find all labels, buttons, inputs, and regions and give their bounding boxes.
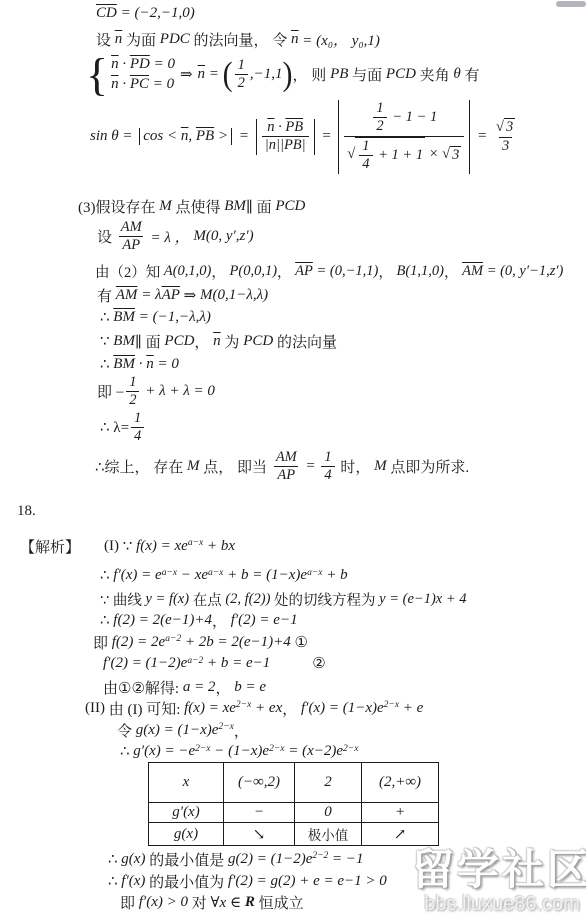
text-fragment: ， 则 [293,64,331,85]
analysis-label: 【解析】 [20,536,80,557]
math-fragment: g′(x) = −e [133,743,195,760]
fraction-one-quarter: 14 [131,410,144,446]
line-tangent: ∵ 曲线 y = f(x) 在点 (2, f(2)) 处的切线方程为 y = (… [100,589,467,610]
math-fragment: g(x) = (1−x)e [136,722,219,739]
math-fragment: g(2) = (1−2)e [228,851,312,868]
exponent: 2−x [218,720,233,735]
table-cell: g(x) [149,823,224,846]
math-fragment: = −1 [328,851,363,868]
because-symbol: ∵ [119,537,136,556]
decreasing-arrow-icon: ↘ [224,823,295,846]
vector-pb: PB [284,137,302,154]
line-part2-intro: (II) 由 (I) 可知: f(x) = xe2−x + ex， f′(x) … [85,698,423,719]
denominator: 2 [235,74,248,92]
vector-pc: PC [130,76,149,93]
fraction-am-ap: AMAP [118,219,145,255]
math-fragment: + b [322,567,347,584]
math-fragment: PCD [275,198,305,215]
watermark-site: bbs.liuxue86.com [412,893,586,914]
text-fragment: 由①②解得: [103,677,183,698]
math-fragment: + ex [251,700,282,717]
math-fragment: − (1−x)e [211,743,270,760]
text-fragment: 点即为所求. [387,456,470,477]
line-always-positive: 即 f′(x) > 0 对 ∀x ∈ R 恒成立 [120,892,304,913]
text-fragment: 令 [117,720,136,741]
text-fragment: (3)假设存在 [78,196,159,217]
scan-artifact [556,1,586,7]
exponent: 2−x [384,698,399,713]
circled-one: ① [295,633,308,652]
exponent: a−2 [165,632,181,647]
math-fragment: = [318,128,336,145]
exponent: 2−x [236,698,251,713]
math-fragment: cos < [143,128,181,145]
math-fragment: f(x) = xe [136,538,188,555]
math-fragment: f′(2) = e−1 [231,612,298,629]
table-cell: (2,+∞) [362,763,439,803]
math-fragment: = (x−2)e [284,743,343,760]
line-fprime-minimum: ∴ f′(x) 的最小值为 f′(2) = g(2) + e = e−1 > 0 [108,871,387,892]
math-fragment: f′(2) = g(2) + e = e−1 > 0 [228,873,387,890]
exponent: a−x [162,566,177,581]
line-lambda-setup: 设 AMAP = λ ， M(0, y′,z′) [97,219,254,255]
numerator: AM [118,219,145,236]
line-lambda-value: ∴ λ= 14 [100,410,146,446]
exponent: a−x [188,536,203,551]
numerator: 1 [321,449,334,466]
therefore-symbol: ∴ [100,355,113,374]
dot-operator: · [119,56,130,73]
math-fragment: = [235,128,253,145]
line-bm-parallel: ∵ BM∥ 面 PCD， n 为 PCD 的法向量 [100,331,337,352]
vector-pb: PB [196,128,214,145]
document-page: CD = (−2,−1,0) 设 n 为面 PDC 的法向量， 令 n = (x… [0,0,586,914]
abs-group: n · PB |n||PB| [253,119,318,155]
numerator: 1 [373,100,386,117]
text-fragment: 点， 即当 [200,456,271,477]
part3-header: (3)假设存在 M 点使得 BM∥ 面 PCD [78,196,305,217]
math-fragment: + e [399,700,423,717]
text-fragment: 在点 [189,589,225,610]
text-fragment: 即 − [97,381,124,402]
denominator: √ 14 + 1 + 1 × √3 [344,136,464,174]
exponent: 2−x [269,742,284,757]
vector-pb: PB [285,119,303,136]
math-fragment: PDC [160,31,190,48]
roman-numeral-2: (II) [85,700,105,717]
fraction-one-quarter: 14 [321,449,334,485]
vector-n: n [267,119,274,136]
text-fragment: 对 [188,892,211,913]
math-fragment: a = 2 [183,679,216,696]
text-fragment: 由（2）知 [95,261,164,282]
table-cell: 0 [295,803,362,823]
fraction-one-quarter: 14 [359,138,372,174]
table-row: g′(x) − 0 + [149,803,439,823]
math-fragment: M(0,1−λ,λ) [200,287,268,304]
exponent: 2−x [343,742,358,757]
line-known-points: 由（2）知 A(0,1,0)， P(0,0,1)， AP = (0,−1,1)，… [95,261,563,282]
math-fragment: B(1,1,0) [396,263,444,280]
numerator: 12 − 1 − 1 [368,100,440,136]
numerator: 1 [235,57,248,74]
denominator: 2 [373,117,386,135]
roman-numeral-1: (I) [104,538,119,555]
exponent: a−x [208,566,223,581]
separator: ， [194,331,213,352]
math-fragment: ∀x ∈ [211,893,245,912]
implies-arrow: ⇒ [180,286,200,305]
exponent: 2−x [195,742,210,757]
numerator: 1 [131,410,144,427]
line-conclusion: ∴综上， 存在 M 点， 即当 AMAP = 14 时， M 点即为所求. [95,449,469,485]
numerator: 1 [126,374,139,391]
table-row: g(x) ↘ 极小值 ↗ [149,823,439,846]
line-am-lambda-ap: 有 AM = λAP ⇒ M(0,1−λ,λ) [97,285,268,306]
text-fragment: 点使得 [172,196,225,217]
dot-operator: · [275,119,286,136]
watermark: 留学社区 bbs.liuxue86.com [412,837,586,914]
math-fragment: = λ [137,287,161,304]
increasing-arrow-icon: ↗ [362,823,439,846]
denominator: 4 [321,466,334,484]
line-solve-ab: 由①②解得: a = 2， b = e [103,677,266,698]
line-lambda-equation: 即 − 12 + λ + λ = 0 [97,374,215,410]
fraction-dot-product: n · PB |n||PB| [262,119,309,155]
radicand: 14 + 1 + 1 [355,137,425,174]
left-brace: { [86,54,108,95]
text-fragment: 的法向量 [273,331,337,352]
vector-am: AM [116,287,138,304]
radicand: 3 [504,118,515,136]
math-fragment: b = e [234,679,266,696]
denominator: 2 [126,391,139,409]
table-header-row: x (−∞,2) 2 (2,+∞) [149,763,439,803]
text-fragment: 设 [97,226,116,247]
math-fragment: M [187,458,200,475]
separator: ， [277,261,295,282]
math-fragment: PCD [164,333,194,350]
math-fragment: + b = e−1 [203,655,270,672]
math-fragment: PB [330,66,348,83]
table-cell: − [224,803,295,823]
math-fragment: P(0,0,1) [230,263,278,280]
math-fragment: f′(x) = e [113,567,161,584]
math-fragment: θ [453,66,460,83]
math-fragment: A(0,1,0) [164,263,212,280]
line-derivative: ∴ f′(x) = ea−x − xea−x + b = (1−x)ea−x +… [100,566,348,585]
math-fragment: + bx [203,538,235,555]
line-define-g: 令 g(x) = (1−x)e2−x， [117,720,249,741]
circled-two: ② [312,654,325,673]
math-fragment: sin θ = [90,128,136,145]
math-fragment: f(2) = 2(e−1)+4 [113,612,212,629]
vector-n: n [291,31,299,48]
vector-ap: AP [162,287,180,304]
abs-bar-text: | [302,137,306,154]
vector-n: n [111,56,119,73]
system-row: n · PD = 0 [111,56,175,73]
watermark-title: 留学社区 [412,837,586,897]
radicand: 3 [450,146,461,164]
abs-group: cos < n, PB > [136,128,235,145]
exponent: a−x [307,566,322,581]
dot-operator: · [135,356,146,373]
math-fragment: y = (e−1)x + 4 [379,591,466,608]
math-fragment: BM [113,333,135,350]
text-fragment: 的最小值为 [145,871,228,892]
separator: ， [282,698,301,719]
line-g-minimum: ∴ g(x) 的最小值是 g(2) = (1−2)e2−2 = −1 [108,849,364,870]
math-fragment: = (0, y′−1,z′) [483,263,563,280]
abs-bar [231,128,232,145]
table-cell: + [362,803,439,823]
numerator: 1 [359,138,372,155]
text-fragment: ∵ 曲线 [100,589,145,610]
therefore-symbol: ∴ [108,872,121,891]
therefore-symbol: ∴ [100,611,113,630]
text-fragment: 18. [17,503,36,520]
radical-sign: √ [442,146,450,163]
text-fragment: 与面 [348,64,386,85]
numerator: AM [273,449,300,466]
math-fragment: M [159,198,172,215]
system-row: n · PC = 0 [111,76,175,93]
text-fragment: 为面 [122,29,160,50]
math-fragment: f′(x) = (1−x)e [301,700,384,717]
exponent: 2−2 [312,849,328,864]
text-fragment: 即 [120,892,139,913]
math-fragment: + λ + λ = 0 [141,383,214,400]
math-fragment: + b = (1−x)e [223,567,307,584]
text-fragment: 处的切线方程为 [270,589,379,610]
fraction-numeric: 12 − 1 − 1 √ 14 + 1 + 1 × √3 [344,100,464,174]
text-fragment: 的法向量， 令 [190,29,291,50]
radical-sign: √ [496,119,504,136]
vector-n: n [198,66,206,83]
separator: ， [212,610,231,631]
line-analysis-part1: 【解析】 (I) ∵ f(x) = xea−x + bx [20,536,235,557]
text-fragment: 即 [93,632,112,653]
line-equation-1: 即 f(2) = 2ea−2 + 2b = 2(e−1)+4 ① [93,632,308,653]
numerator: √3 [493,118,518,136]
text-fragment: 的最小值是 [145,849,228,870]
denominator: |n||PB| [262,136,309,154]
fraction-result: √3 3 [493,118,518,155]
math-fragment: > [214,128,228,145]
math-fragment: + 1 + 1 [375,147,424,164]
abs-bar [256,119,257,155]
math-fragment: BM [224,198,246,215]
math-fragment: M(0, y′,z′) [193,228,253,245]
math-fragment: = λ ， [147,226,194,247]
formula-cd-vector: CD = (−2,−1,0) [96,5,195,22]
real-numbers-symbol: R [245,894,255,911]
system-equations: n · PD = 0 n · PC = 0 [111,56,175,93]
math-fragment: f(x) = xe [184,700,236,717]
math-fragment: (2, f(2)) [225,591,270,608]
table-cell: (−∞,2) [224,763,295,803]
separator: ， [211,261,229,282]
denominator: AP [274,466,298,484]
problem-number-18: 18. [17,503,36,520]
math-fragment: = 0 [154,356,179,373]
math-fragment: = (0,−1,1) [313,263,378,280]
math-fragment: = (−2,−1,0) [117,5,195,22]
text-fragment: ∴综上， 存在 [95,456,187,477]
abs-bar [338,100,339,174]
math-fragment: g(x) [121,851,145,868]
fraction-one-half: 12 [235,57,248,93]
line-normal-vector-setup: 设 n 为面 PDC 的法向量， 令 n = (x₀， y₀,1) [96,29,380,50]
text-fragment: 设 [96,29,115,50]
therefore-symbol: ∴ [108,850,121,869]
therefore-symbol: ∴ [120,742,133,761]
text-fragment: ∥ 面 [246,196,275,217]
math-fragment: f′(x) > 0 [139,894,188,911]
separator: ， [234,720,249,741]
separator: ， [378,261,396,282]
text-fragment: 恒成立 [255,892,304,913]
math-fragment: − 1 − 1 [389,109,438,126]
math-fragment: − xe [177,567,208,584]
math-fragment: = 0 [150,56,175,73]
text-fragment: ∥ 面 [135,331,164,352]
line-f2-values: ∴ f(2) = 2(e−1)+4， f′(2) = e−1 [100,610,298,631]
table-cell: 极小值 [295,823,362,846]
separator: ， [215,677,234,698]
denominator: 3 [499,137,512,155]
denominator: 4 [359,155,372,173]
dot-operator: · [119,76,130,93]
vector-bm: BM [113,309,135,326]
vector-ap: AP [295,263,313,280]
vector-bm: BM [113,356,135,373]
therefore-symbol: ∴ [100,566,113,585]
text-fragment: 时， [337,456,375,477]
line-g-derivative: ∴ g′(x) = −e2−x − (1−x)e2−x = (x−2)e2−x [120,742,358,761]
math-fragment: f′(2) = (1−2)e [103,655,187,672]
text-fragment: 夹角 [416,64,454,85]
line-equation-2: f′(2) = (1−2)ea−2 + b = e−1② [103,654,326,673]
math-fragment: f(2) = 2e [112,634,165,651]
formula-sin-theta: sin θ = cos < n, PB > = n · PB |n||PB| =… [90,100,520,174]
formula-equation-system: { n · PD = 0 n · PC = 0 ⇒ n = ( 12 ,−1,1… [86,54,480,95]
text-fragment: 有 [97,285,116,306]
math-fragment: = (−1,−λ,λ) [135,309,211,326]
math-fragment: + 2b = 2(e−1)+4 [181,634,294,651]
math-fragment: M [374,458,387,475]
denominator: AP [119,236,143,254]
times-operator: × [425,146,442,163]
math-fragment: = [302,458,320,475]
vector-n: n [269,137,276,154]
abs-group: 12 − 1 − 1 √ 14 + 1 + 1 × √3 [335,100,473,174]
vector-n: n [115,31,123,48]
abs-bar [139,128,140,145]
fraction-am-ap: AMAP [273,449,300,485]
math-fragment: = 0 [149,76,174,93]
exponent: a−2 [187,654,203,669]
line-bm-vector: ∴ BM = (−1,−λ,λ) [100,308,211,327]
monotonicity-table: x (−∞,2) 2 (2,+∞) g′(x) − 0 + g(x) ↘ 极小值… [148,762,439,846]
table-cell: x [149,763,224,803]
text-fragment: 为 [221,331,244,352]
vector-cd: CD [96,5,117,22]
because-symbol: ∵ [100,332,113,351]
table-cell: 2 [295,763,362,803]
math-fragment: f′(x) [121,873,145,890]
math-fragment: PCD [386,66,416,83]
radical-sign: √ [347,146,355,163]
abs-bar [469,100,470,174]
math-fragment: PCD [243,333,273,350]
vector-pd: PD [130,56,150,73]
vector-n: n [181,128,189,145]
big-paren-right: ) [283,60,293,90]
fraction-one-half: 12 [373,100,386,136]
big-paren-left: ( [223,60,233,90]
denominator: 4 [131,427,144,445]
math-fragment: ,−1,1 [250,66,283,83]
fraction-one-half: 12 [126,374,139,410]
abs-bar-text: || [276,137,284,154]
therefore-symbol: ∴ λ= [100,418,129,437]
math-fragment: = [205,66,223,83]
therefore-symbol: ∴ [100,308,113,327]
vector-n: n [111,76,119,93]
math-fragment: = [473,128,491,145]
vector-n: n [146,356,154,373]
implies-arrow: ⇒ [180,65,193,84]
vector-am: AM [462,263,483,280]
text-fragment: 由 (I) 可知: [105,698,184,719]
numerator: n · PB [264,119,306,136]
math-fragment: y = f(x) [145,591,189,608]
abs-bar [314,119,315,155]
separator: ， [444,261,462,282]
vector-n: n [213,333,221,350]
table-cell: g′(x) [149,803,224,823]
math-fragment: = (x₀， y₀,1) [299,29,380,50]
line-bm-dot-n: ∴ BM · n = 0 [100,355,179,374]
text-fragment: 有 [461,64,480,85]
math-fragment: , [188,128,196,145]
